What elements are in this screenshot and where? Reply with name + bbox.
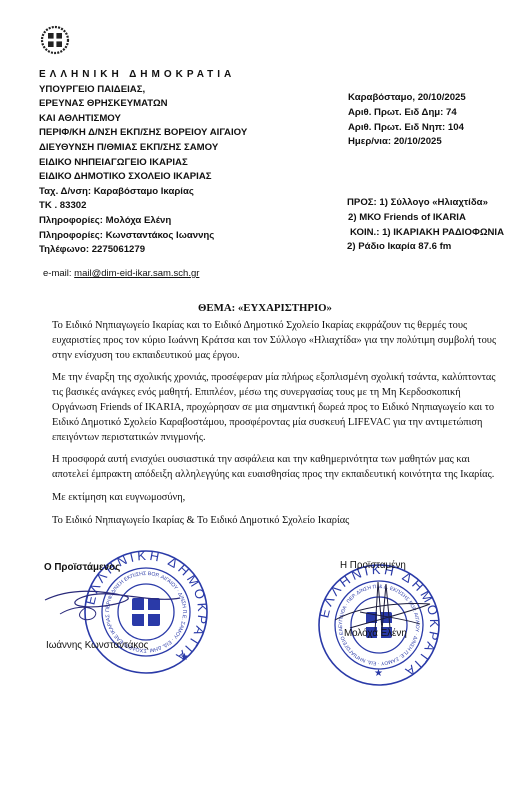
body-paragraph: Η προσφορά αυτή ενισχύει ουσιαστικά την … xyxy=(52,453,504,483)
signature-scribble-right xyxy=(330,572,440,652)
recipient-line: ΠΡΟΣ: 1) Σύλλογο «Ηλιαχτίδα» xyxy=(347,196,504,211)
sender-country: ΕΛΛΗΝΙΚΗ ΔΗΜΟΚΡΑΤΙΑ xyxy=(39,68,247,83)
greek-emblem-icon xyxy=(40,25,70,55)
recipient-line: 2) ΜΚΟ Friends of IKARIA xyxy=(347,211,504,226)
signature-scribble-left xyxy=(40,578,190,638)
signature-entities: Το Ειδικό Νηπιαγωγείο Ικαρίας & Το Ειδικ… xyxy=(52,514,504,529)
sender-postcode: ΤΚ . 83302 xyxy=(39,199,247,214)
signatory-name-left: Ιωάννης Κωνσταντάκος xyxy=(46,640,148,651)
sender-phone: Τηλέφωνο: 2275061279 xyxy=(39,243,247,258)
sender-line: ΕΙΔΙΚΟ ΝΗΠΕΙΑΓΩΓΕΙΟ ΙΚΑΡΙΑΣ xyxy=(39,156,247,171)
sender-block: ΕΛΛΗΝΙΚΗ ΔΗΜΟΚΡΑΤΙΑ ΥΠΟΥΡΓΕΙΟ ΠΑΙΔΕΙΑΣ, … xyxy=(39,68,247,258)
email-line: e-mail: mail@dim-eid-ikar.sam.sch.gr xyxy=(43,268,199,279)
svg-text:★: ★ xyxy=(180,652,189,663)
email-label: e-mail: xyxy=(43,268,74,279)
sender-contact: Πληροφορίες: Μολόχα Ελένη xyxy=(39,214,247,229)
signatory-name-right: Μολόχα Ελένη xyxy=(344,628,407,639)
recipients-block: ΠΡΟΣ: 1) Σύλλογο «Ηλιαχτίδα» 2) ΜΚΟ Frie… xyxy=(347,196,504,255)
body-paragraph: Το Ειδικό Νηπιαγωγείο Ικαρίας και το Ειδ… xyxy=(52,319,504,363)
sender-line: ΚΑΙ ΑΘΛΗΤΙΣΜΟΥ xyxy=(39,112,247,127)
sender-line: ΔΙΕΥΘΥΝΣΗ Π/ΘΜΙΑΣ ΕΚΠ/ΣΗΣ ΣΑΜΟΥ xyxy=(39,141,247,156)
sender-line: ΕΡΕΥΝΑΣ ΘΡΗΣΚΕΥΜΑΤΩΝ xyxy=(39,97,247,112)
cc-line: 2) Ράδιο Ικαρία 87.6 fm xyxy=(347,240,504,255)
subject-heading: ΘΕΜΑ: «ΕΥΧΑΡΙΣΤΗΡΙΟ» xyxy=(0,302,530,314)
sender-line: ΠΕΡΙΦ/ΚΗ Δ/ΝΣΗ ΕΚΠ/ΣΗΣ ΒΟΡΕΙΟΥ ΑΙΓΑΙΟΥ xyxy=(39,126,247,141)
cc-line: ΚΟΙΝ.: 1) ΙΚΑΡΙΑΚΗ ΡΑΔΙΟΦΩΝΙΑ xyxy=(347,226,504,241)
place-date: Καραβόσταμο, 20/10/2025 xyxy=(348,91,466,106)
signatory-title-right: Η Προϊσταμένη xyxy=(340,560,406,571)
protocol-number-dim: Αριθ. Πρωτ. Ειδ Δημ: 74 xyxy=(348,106,466,121)
svg-text:★: ★ xyxy=(374,668,383,679)
protocol-block: Καραβόσταμο, 20/10/2025 Αριθ. Πρωτ. Ειδ … xyxy=(348,91,466,150)
sender-line: ΕΙΔΙΚΟ ΔΗΜΟΤΙΚΟ ΣΧΟΛΕΙΟ ΙΚΑΡΙΑΣ xyxy=(39,170,247,185)
sender-line: ΥΠΟΥΡΓΕΙΟ ΠΑΙΔΕΙΑΣ, xyxy=(39,83,247,98)
sender-contact: Πληροφορίες: Κωνσταντάκος Ιωαννης xyxy=(39,229,247,244)
letter-body: Το Ειδικό Νηπιαγωγείο Ικαρίας και το Ειδ… xyxy=(52,319,504,537)
body-paragraph: Με την έναρξη της σχολικής χρονιάς, προσ… xyxy=(52,371,504,445)
closing-line: Με εκτίμηση και ευγνωμοσύνη, xyxy=(52,491,504,506)
sender-address: Ταχ. Δ/νση: Καραβόσταμο Ικαρίας xyxy=(39,185,247,200)
document-date: Ημερ/νια: 20/10/2025 xyxy=(348,135,466,150)
email-link[interactable]: mail@dim-eid-ikar.sam.sch.gr xyxy=(74,268,199,279)
protocol-number-nip: Αριθ. Πρωτ. Ειδ Νηπ: 104 xyxy=(348,121,466,136)
signatory-title-left: Ο Προϊστάμενος xyxy=(44,562,120,573)
